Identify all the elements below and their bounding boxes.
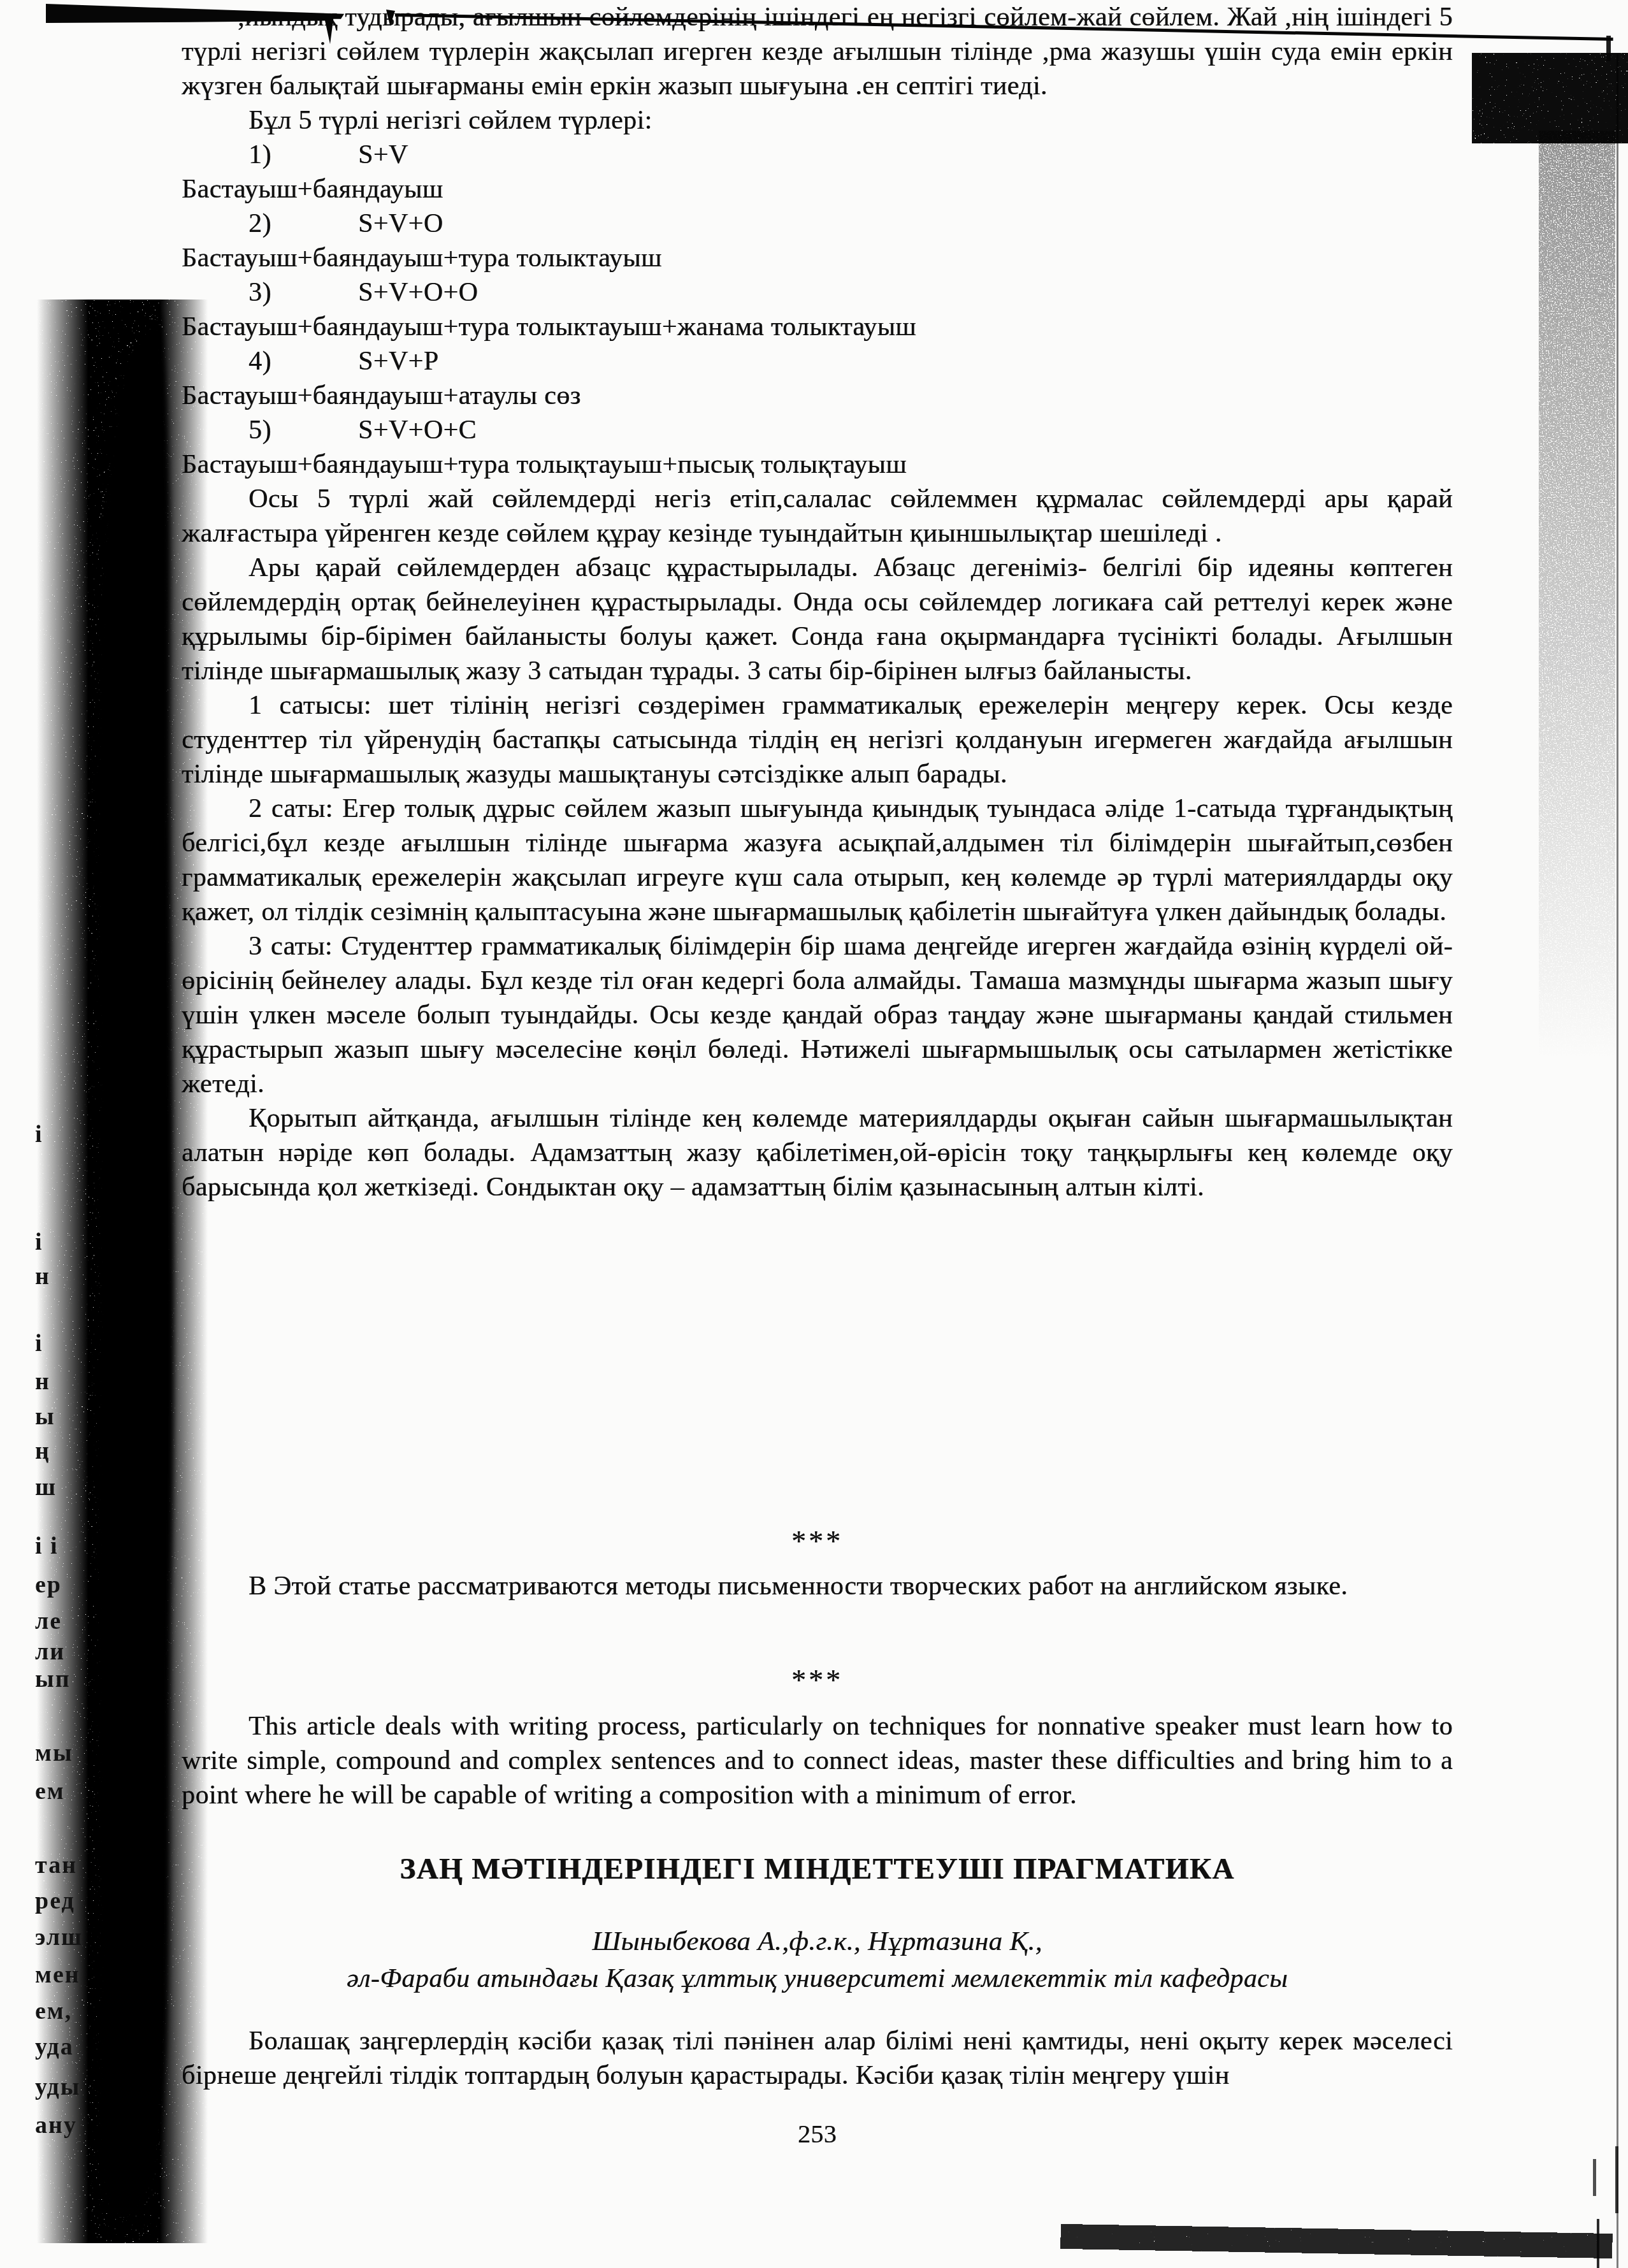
sentence-type-formula: 4)S+V+P <box>182 344 1453 379</box>
top-right-noise-blotch <box>1480 57 1628 139</box>
right-edge-noise-column <box>1539 131 1615 1061</box>
page-content: ,иындық тудырады, ағылшын сөйлемдерінің … <box>182 0 1453 1204</box>
abstract-english: This article deals with writing process,… <box>182 1709 1453 1812</box>
margin-fragment: ле <box>35 1607 62 1635</box>
sentence-type-pattern: Бастауыш+баяндауыш+тура толыктауыш+жанам… <box>182 310 1453 344</box>
scan-streak-hook <box>1606 36 1611 61</box>
scanned-document-page: іініныңші іерлелиыпмыемтанредэлшменем,уд… <box>0 0 1628 2268</box>
article-affiliation: әл-Фараби атындағы Қазақ ұлттық универси… <box>182 1961 1453 1996</box>
formula-text: S+V+O+C <box>358 415 477 445</box>
section-separator-asterisks: *** <box>182 1663 1453 1698</box>
left-margin-fragments: іініныңші іерлелиыпмыемтанредэлшменем,уд… <box>0 0 102 2268</box>
sentence-type-pattern: Бастауыш+баяндауыш+тура толыктауыш <box>182 241 1453 275</box>
sentence-type-formula: 2)S+V+O <box>182 206 1453 241</box>
margin-fragment: і <box>35 1329 43 1357</box>
margin-fragment: ли <box>35 1638 65 1666</box>
margin-fragment: і <box>35 1228 43 1256</box>
margin-fragment: і і <box>35 1532 59 1560</box>
margin-fragment: ану <box>35 2111 77 2139</box>
margin-fragment: ер <box>35 1571 62 1599</box>
paragraph-stage2: 2 саты: Егер толық дұрыс сөйлем жазып шы… <box>182 791 1453 929</box>
margin-fragment: ып <box>35 1665 71 1693</box>
margin-fragment: н <box>35 1368 50 1396</box>
margin-fragment: ем, <box>35 1997 72 2025</box>
left-binding-band <box>96 314 173 2220</box>
right-scan-border-line <box>1617 54 1618 2268</box>
bottom-right-edge-line <box>1597 2219 1599 2268</box>
formula-text: S+V+P <box>358 347 438 376</box>
formula-text: S+V+O <box>358 209 443 238</box>
bottom-right-noise-smear <box>1086 2226 1587 2257</box>
margin-fragment: тан <box>35 1851 77 1879</box>
margin-fragment: уда <box>35 2033 74 2061</box>
section-separator-asterisks: *** <box>182 1524 1453 1559</box>
margin-fragment: мен <box>35 1961 80 1989</box>
sentence-type-pattern: Бастауыш+баяндауыш+атаулы сөз <box>182 379 1453 413</box>
list-number: 2) <box>249 206 358 241</box>
margin-fragment: і <box>35 1120 43 1148</box>
sentence-type-pattern: Бастауыш+баяндауыш+тура толықтауыш+пысық… <box>182 447 1453 482</box>
margin-fragment: ред <box>35 1887 75 1915</box>
paragraph-stage3: 3 саты: Студенттер грамматикалық білімде… <box>182 929 1453 1101</box>
paragraph-conclusion: Қорытып айтқанда, ағылшын тілінде кең кө… <box>182 1101 1453 1204</box>
formula-text: S+V <box>358 140 408 170</box>
margin-fragment: ы <box>35 1403 55 1431</box>
sentence-type-pattern: Бастауыш+баяндауыш <box>182 172 1453 206</box>
sentence-type-formula: 3)S+V+O+O <box>182 275 1453 310</box>
margin-fragment: н <box>35 1262 50 1290</box>
list-number: 4) <box>249 344 358 379</box>
paragraph-abzac: Ары қарай сөйлемдерден абзацс құрастырыл… <box>182 551 1453 688</box>
margin-fragment: элш <box>35 1923 83 1951</box>
margin-fragment: уды <box>35 2073 81 2101</box>
sentence-types-intro: Бұл 5 түрлі негізгі сөйлем түрлері: <box>182 103 1453 138</box>
page-number: 253 <box>182 2117 1453 2151</box>
formula-text: S+V+O+O <box>358 278 478 307</box>
article-title: ЗАҢ МӘТІНДЕРІНДЕГІ МІНДЕТТЕУШІ ПРАГМАТИК… <box>182 1852 1453 1886</box>
article-authors: Шыныбекова А.,ф.г.к., Нұртазина Қ., <box>182 1925 1453 1959</box>
abstract-russian: В Этой статье рассматриваются методы пис… <box>182 1569 1453 1603</box>
list-number: 5) <box>249 413 358 447</box>
sentence-type-list: 1)S+V Бастауыш+баяндауыш 2)S+V+O Бастауы… <box>182 138 1453 482</box>
paragraph-opening-cutoff: ,иындық тудырады, ағылшын сөйлемдерінің … <box>182 0 1453 103</box>
paragraph-stage1: 1 сатысы: шет тілінің негізгі сөздерімен… <box>182 688 1453 791</box>
margin-fragment: мы <box>35 1739 73 1767</box>
paragraph-law-intro: Болашақ заңгерлердің кәсіби қазақ тілі п… <box>182 2024 1453 2093</box>
margin-fragment: ем <box>35 1777 65 1805</box>
bottom-right-tick-mark <box>1593 2159 1596 2196</box>
paragraph-osy: Осы 5 түрлі жай сөйлемдерді негіз етіп,с… <box>182 482 1453 551</box>
margin-fragment: ң <box>35 1437 50 1465</box>
sentence-type-formula: 1)S+V <box>182 138 1453 172</box>
right-scan-border-segment <box>1615 2146 1618 2213</box>
list-number: 3) <box>249 275 358 310</box>
margin-fragment: ш <box>35 1473 57 1501</box>
sentence-type-formula: 5)S+V+O+C <box>182 413 1453 447</box>
list-number: 1) <box>249 138 358 172</box>
